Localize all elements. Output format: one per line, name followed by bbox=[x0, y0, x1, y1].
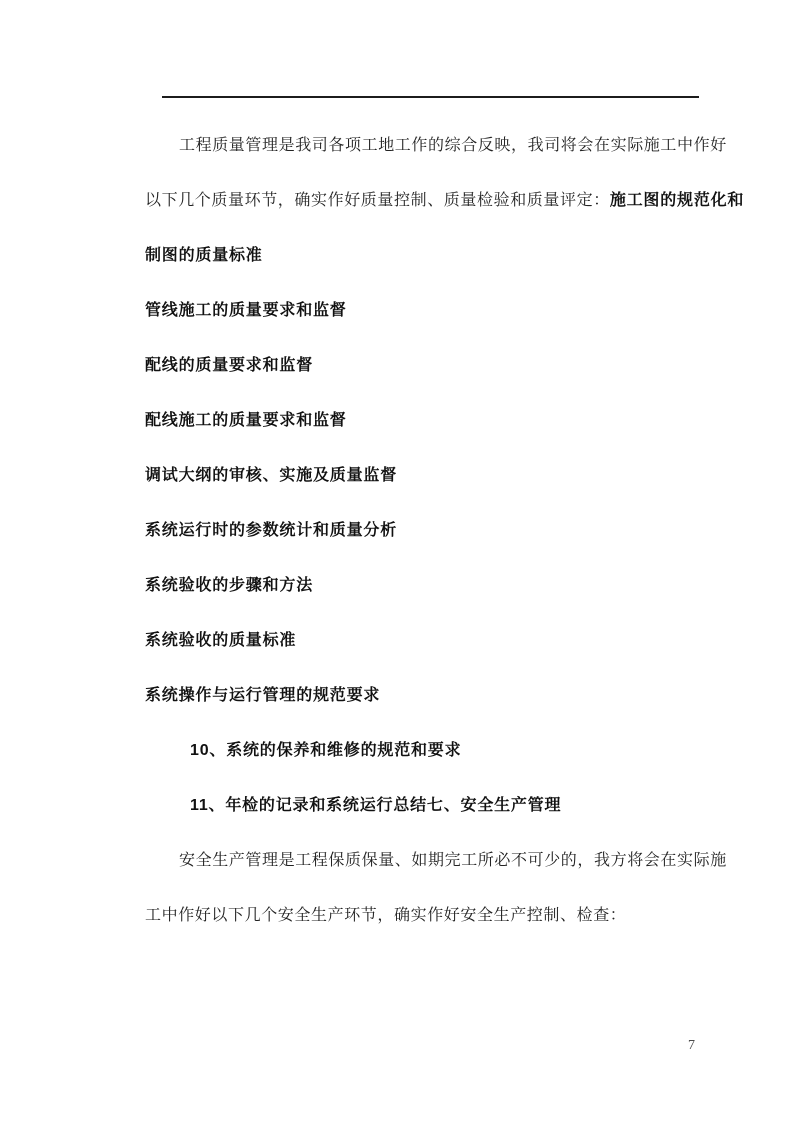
quality-item: 系统验收的步骤和方法 bbox=[145, 558, 720, 613]
quality-item: 配线施工的质量要求和监督 bbox=[145, 393, 720, 448]
document-page: 工程质量管理是我司各项工地工作的综合反映，我司将会在实际施工中作好 以下几个质量… bbox=[0, 0, 793, 1122]
quality-item: 系统验收的质量标准 bbox=[145, 613, 720, 668]
page-number: 7 bbox=[688, 1036, 695, 1056]
bold-heading-line: 制图的质量标准 bbox=[145, 228, 720, 283]
quality-item: 调试大纲的审核、实施及质量监督 bbox=[145, 448, 720, 503]
quality-item: 配线的质量要求和监督 bbox=[145, 338, 720, 393]
numbered-item: 10、系统的保养和维修的规范和要求 bbox=[145, 723, 720, 778]
quality-item: 系统运行时的参数统计和质量分析 bbox=[145, 503, 720, 558]
header-rule bbox=[162, 96, 699, 98]
bold-heading-inline: 施工图的规范化和 bbox=[610, 192, 744, 209]
paragraph-text: 以下几个质量环节，确实作好质量控制、质量检验和质量评定： bbox=[145, 192, 610, 209]
paragraph-line: 工中作好以下几个安全生产环节，确实作好安全生产控制、检查： bbox=[145, 888, 720, 943]
numbered-item: 11、年检的记录和系统运行总结七、安全生产管理 bbox=[145, 778, 720, 833]
quality-item: 管线施工的质量要求和监督 bbox=[145, 283, 720, 338]
document-body: 工程质量管理是我司各项工地工作的综合反映，我司将会在实际施工中作好 以下几个质量… bbox=[145, 118, 720, 943]
paragraph-line: 以下几个质量环节，确实作好质量控制、质量检验和质量评定：施工图的规范化和 bbox=[145, 173, 720, 228]
quality-item: 系统操作与运行管理的规范要求 bbox=[145, 668, 720, 723]
paragraph-line: 安全生产管理是工程保质保量、如期完工所必不可少的，我方将会在实际施 bbox=[145, 833, 720, 888]
paragraph-line: 工程质量管理是我司各项工地工作的综合反映，我司将会在实际施工中作好 bbox=[145, 118, 720, 173]
